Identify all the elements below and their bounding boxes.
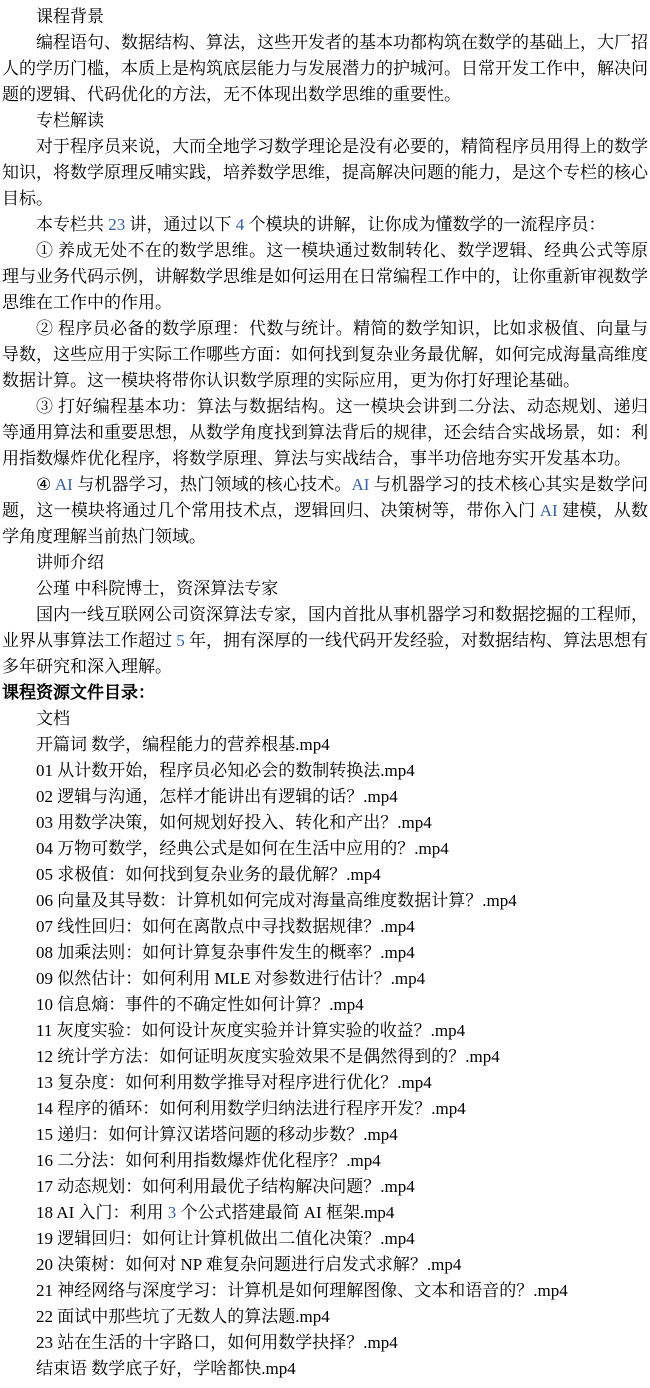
text-segment: 04 万物可数学，经典公式是如何在生活中应用的？.mp4 — [36, 839, 449, 858]
module-1-text: ① 养成无处不在的数学思维。这一模块通过数制转化、数学逻辑、经典公式等原理与业务… — [2, 238, 648, 316]
text-segment: 03 用数学决策，如何规划好投入、转化和产出？.mp4 — [36, 813, 432, 832]
text-segment: 21 神经网络与深度学习：计算机是如何理解图像、文本和语音的？.mp4 — [36, 1281, 568, 1300]
column-intro-text: 对于程序员来说，大而全地学习数学理论是没有必要的，精简程序员用得上的数学知识，将… — [2, 134, 648, 212]
catalog-row-07: 07 线性回归：如何在离散点中寻找数据规律？.mp4 — [2, 914, 648, 940]
text-segment: 22 面试中那些坑了无数人的算法题.mp4 — [36, 1307, 330, 1326]
text-segment: 本专栏共 — [36, 215, 108, 234]
catalog-row-02: 02 逻辑与沟通，怎样才能讲出有逻辑的话？.mp4 — [2, 784, 648, 810]
catalog-row-13: 13 复杂度：如何利用数学推导对程序进行优化？.mp4 — [2, 1070, 648, 1096]
catalog-row-18: 18 AI 入门：利用 3 个公式搭建最简 AI 框架.mp4 — [2, 1200, 648, 1226]
text-segment: 10 信息熵：事件的不确定性如何计算？.mp4 — [36, 995, 364, 1014]
text-segment: 文档 — [36, 709, 70, 728]
text-segment: 19 逻辑回归：如何让计算机做出二值化决策？.mp4 — [36, 1229, 415, 1248]
highlighted-text-segment: AI — [55, 475, 73, 494]
catalog-row-05: 05 求极值：如何找到复杂业务的最优解？.mp4 — [2, 862, 648, 888]
catalog-row-01: 01 从计数开始，程序员必知必会的数制转换法.mp4 — [2, 758, 648, 784]
catalog-row-19: 19 逻辑回归：如何让计算机做出二值化决策？.mp4 — [2, 1226, 648, 1252]
catalog-row-10: 10 信息熵：事件的不确定性如何计算？.mp4 — [2, 992, 648, 1018]
text-segment: 结束语 数学底子好，学啥都快.mp4 — [36, 1359, 296, 1378]
text-segment: 个模块的讲解，让你成为懂数学的一流程序员： — [244, 215, 605, 234]
text-segment: 06 向量及其导数：计算机如何完成对海量高维度数据计算？.mp4 — [36, 891, 517, 910]
column-structure-line: 本专栏共 23 讲，通过以下 4 个模块的讲解，让你成为懂数学的一流程序员： — [2, 212, 648, 238]
course-background-text: 编程语句、数据结构、算法，这些开发者的基本功都构筑在数学的基础上，大厂招人的学历… — [2, 30, 648, 108]
catalog-row-23: 23 站在生活的十字路口，如何用数学抉择？.mp4 — [2, 1330, 648, 1356]
catalog-row-14: 14 程序的循环：如何利用数学归纳法进行程序开发？.mp4 — [2, 1096, 648, 1122]
highlighted-text-segment: 23 — [108, 215, 125, 234]
highlighted-text-segment: AI — [352, 475, 370, 494]
section-title-instructor: 讲师介绍 — [2, 550, 648, 576]
catalog-row-04: 04 万物可数学，经典公式是如何在生活中应用的？.mp4 — [2, 836, 648, 862]
section-title-column-intro: 专栏解读 — [2, 108, 648, 134]
text-segment: 18 AI 入门：利用 — [36, 1203, 168, 1222]
text-segment: 个公式搭建最简 AI 框架.mp4 — [176, 1203, 394, 1222]
highlighted-text-segment: 3 — [168, 1203, 177, 1222]
text-segment: 12 统计学方法：如何证明灰度实验效果不是偶然得到的？.mp4 — [36, 1047, 500, 1066]
catalog-row-11: 11 灰度实验：如何设计灰度实验并计算实验的收益？.mp4 — [2, 1018, 648, 1044]
text-segment: 20 决策树：如何对 NP 难复杂问题进行启发式求解？.mp4 — [36, 1255, 461, 1274]
text-segment: 01 从计数开始，程序员必知必会的数制转换法.mp4 — [36, 761, 415, 780]
catalog-row-09: 09 似然估计：如何利用 MLE 对参数进行估计？.mp4 — [2, 966, 648, 992]
text-segment: 05 求极值：如何找到复杂业务的最优解？.mp4 — [36, 865, 381, 884]
catalog-row-03: 03 用数学决策，如何规划好投入、转化和产出？.mp4 — [2, 810, 648, 836]
catalog-row-opening: 开篇词 数学，编程能力的营养根基.mp4 — [2, 732, 648, 758]
course-description-document: 课程背景 编程语句、数据结构、算法，这些开发者的基本功都构筑在数学的基础上，大厂… — [0, 0, 650, 1388]
text-segment: 13 复杂度：如何利用数学推导对程序进行优化？.mp4 — [36, 1073, 432, 1092]
text-segment: 讲，通过以下 — [125, 215, 236, 234]
text-segment: 09 似然估计：如何利用 MLE 对参数进行估计？.mp4 — [36, 969, 425, 988]
highlighted-text-segment: 5 — [176, 631, 185, 650]
text-segment: 07 线性回归：如何在离散点中寻找数据规律？.mp4 — [36, 917, 415, 936]
text-segment: 15 递归：如何计算汉诺塔问题的移动步数？.mp4 — [36, 1125, 398, 1144]
text-segment: 14 程序的循环：如何利用数学归纳法进行程序开发？.mp4 — [36, 1099, 466, 1118]
catalog-row-closing: 结束语 数学底子好，学啥都快.mp4 — [2, 1356, 648, 1382]
catalog-row-12: 12 统计学方法：如何证明灰度实验效果不是偶然得到的？.mp4 — [2, 1044, 648, 1070]
module-4-text: ④ AI 与机器学习，热门领域的核心技术。AI 与机器学习的技术核心其实是数学问… — [2, 472, 648, 550]
catalog-row-22: 22 面试中那些坑了无数人的算法题.mp4 — [2, 1304, 648, 1330]
text-segment: 16 二分法：如何利用指数爆炸优化程序？.mp4 — [36, 1151, 381, 1170]
instructor-bio-text: 国内一线互联网公司资深算法专家，国内首批从事机器学习和数据挖掘的工程师，业界从事… — [2, 602, 648, 680]
catalog-row-16: 16 二分法：如何利用指数爆炸优化程序？.mp4 — [2, 1148, 648, 1174]
module-2-text: ② 程序员必备的数学原理：代数与统计。精简的数学知识，比如求极值、向量与导数，这… — [2, 316, 648, 394]
catalog-row-20: 20 决策树：如何对 NP 难复杂问题进行启发式求解？.mp4 — [2, 1252, 648, 1278]
catalog-row-06: 06 向量及其导数：计算机如何完成对海量高维度数据计算？.mp4 — [2, 888, 648, 914]
catalog-row-docs: 文档 — [2, 706, 648, 732]
catalog-row-17: 17 动态规划：如何利用最优子结构解决问题？.mp4 — [2, 1174, 648, 1200]
highlighted-text-segment: 4 — [236, 215, 245, 234]
text-segment: 开篇词 数学，编程能力的营养根基.mp4 — [36, 735, 330, 754]
catalog-heading: 课程资源文件目录： — [2, 680, 648, 706]
catalog-row-08: 08 加乘法则：如何计算复杂事件发生的概率？.mp4 — [2, 940, 648, 966]
section-title-course-background: 课程背景 — [2, 4, 648, 30]
text-segment: 与机器学习，热门领域的核心技术。 — [73, 475, 352, 494]
text-segment: 02 逻辑与沟通，怎样才能讲出有逻辑的话？.mp4 — [36, 787, 398, 806]
instructor-name-line: 公瑾 中科院博士，资深算法专家 — [2, 576, 648, 602]
text-segment: 23 站在生活的十字路口，如何用数学抉择？.mp4 — [36, 1333, 398, 1352]
highlighted-text-segment: AI — [540, 501, 558, 520]
text-segment: 17 动态规划：如何利用最优子结构解决问题？.mp4 — [36, 1177, 415, 1196]
text-segment: 11 灰度实验：如何设计灰度实验并计算实验的收益？.mp4 — [36, 1021, 465, 1040]
module-3-text: ③ 打好编程基本功：算法与数据结构。这一模块会讲到二分法、动态规划、递归等通用算… — [2, 394, 648, 472]
text-segment: ④ — [36, 475, 55, 494]
text-segment: 08 加乘法则：如何计算复杂事件发生的概率？.mp4 — [36, 943, 415, 962]
catalog-row-21: 21 神经网络与深度学习：计算机是如何理解图像、文本和语音的？.mp4 — [2, 1278, 648, 1304]
catalog-row-15: 15 递归：如何计算汉诺塔问题的移动步数？.mp4 — [2, 1122, 648, 1148]
